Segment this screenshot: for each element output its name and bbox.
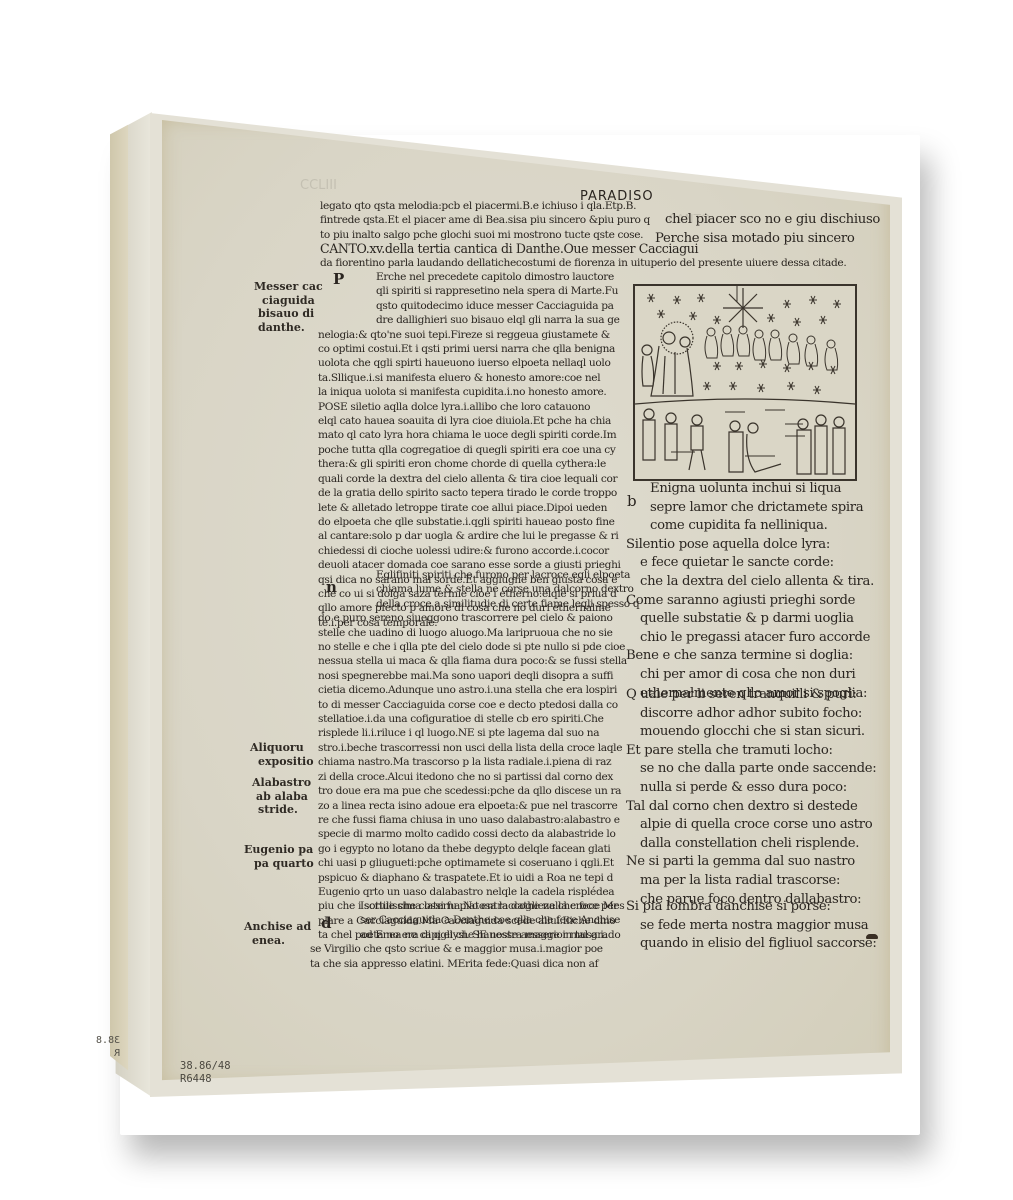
margin-note-eugenio-papa: Eugenio pa pa quarto (244, 843, 314, 870)
show-through-folio: CCLIII (300, 178, 337, 193)
verse-block-b: Enigna uolunta inchui si liqua sepre lam… (626, 480, 874, 703)
verse-block-s: Si pia lombra danchise si porse: se fede… (626, 898, 877, 954)
canvas-side-wrap-paper (110, 120, 128, 1080)
verse-top: chel piacer sco no e giu dischiuso Perch… (655, 211, 880, 248)
canto-heading: CANTO.xv.della tertia cantica di Danthe.… (320, 241, 698, 256)
margin-note-anchise-ad-enea: Anchise ad enea. (244, 920, 311, 947)
side-wrap-accession: 38.8 R (96, 1034, 120, 1060)
commentary-top: legato qto qsta melodia:pcb el piacermi.… (320, 199, 650, 242)
margin-note-aliquorum-expositio: Aliquoru expositio (250, 741, 314, 768)
woodcut-scene-icon (635, 286, 855, 479)
margin-note-alabastro: Alabastro ab alaba stride. (252, 776, 311, 817)
margin-note-messer-cacciaguida: Messer cac ciaguida bisauo di danthe. (254, 280, 323, 334)
canto-subheading: da fiorentino parla laudando dellatichec… (320, 256, 846, 270)
woodcut-illustration (633, 284, 857, 481)
accession-number: 38.86/48 R6448 (180, 1060, 231, 1086)
commentary-block-n: Eglifiniti spiriti che furono per lacroc… (318, 568, 639, 943)
verse-block-q: Q uale per li seren tranquilli & puri: d… (626, 686, 876, 909)
ink-blot (866, 934, 878, 939)
commentary-block-d: Iscriue che cossi fu piatosa laccoglieza… (310, 899, 624, 971)
